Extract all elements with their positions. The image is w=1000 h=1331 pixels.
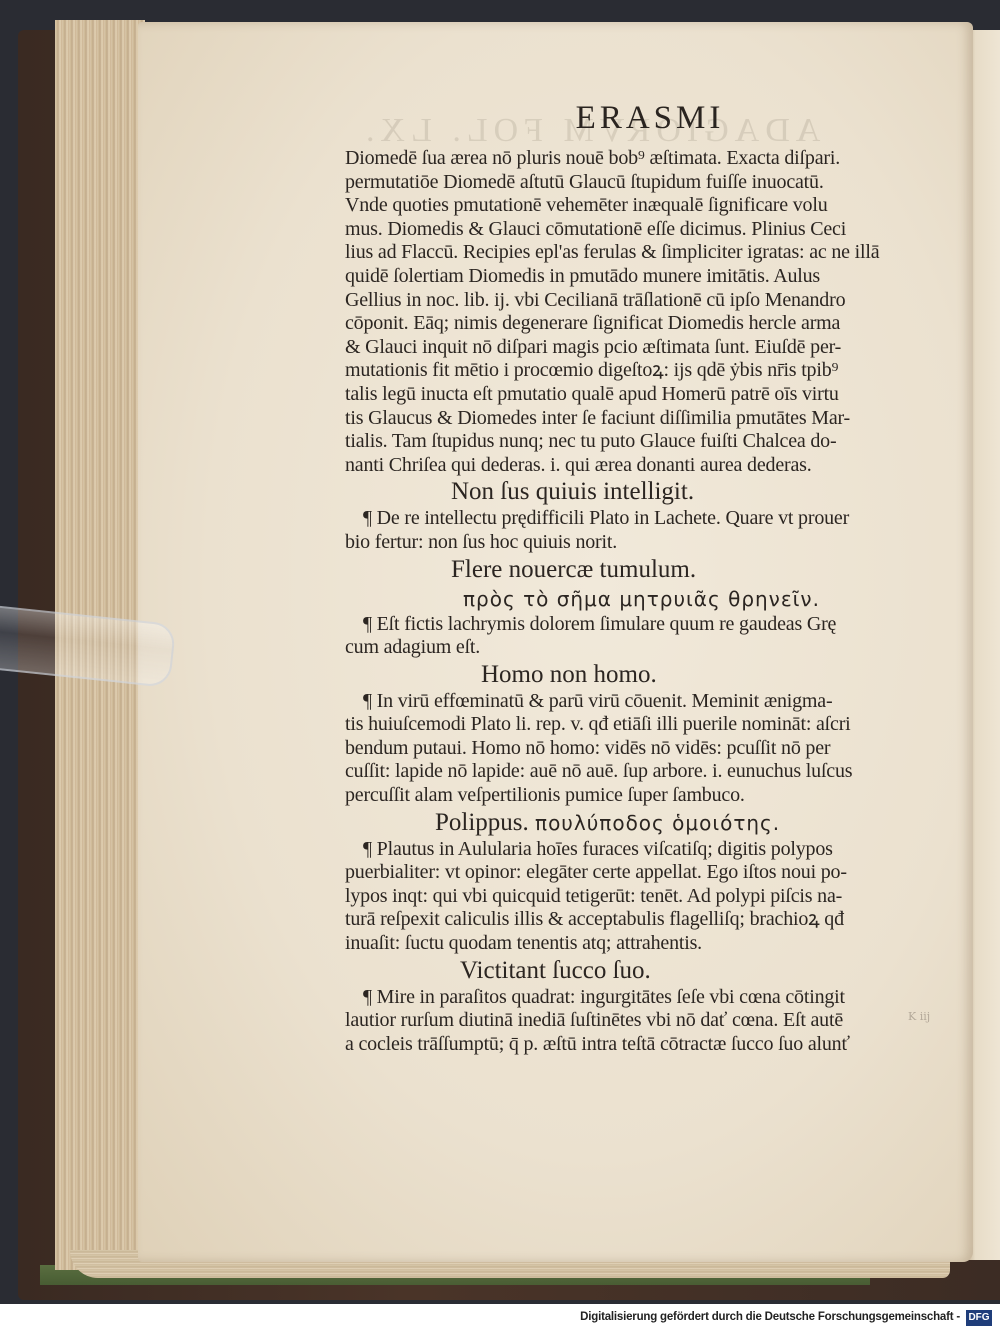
adage-heading: Polippus. πουλύποδος ὁμοιότης. (345, 808, 945, 838)
paragraph: ¶ De re intellectu prędifficili Plato in… (345, 507, 945, 554)
adage-heading-latin: Polippus. (435, 809, 529, 836)
text-line: puerbialiter: vt opinor: elegāter certe … (345, 861, 945, 885)
text-line: cōponit. Eāq; nimis degenerare ſignifica… (345, 312, 945, 336)
page-text: ERASMI Diomedē ſua ærea nō pluris nouē b… (345, 100, 945, 1056)
paragraph: ¶ Mire in paraſitos quadrat: ingurgitāte… (345, 986, 945, 1057)
text-line: ¶ De re intellectu prędifficili Plato in… (345, 507, 945, 531)
paragraph: ¶ Eſt fictis lachrymis dolorem ſimulare … (345, 613, 945, 660)
adage-heading-greek: πουλύποδος ὁμοιότης. (535, 811, 780, 835)
signature-mark: K iij (908, 1010, 930, 1023)
text-line: Vnde quoties pmutationē vehemēter inæqua… (345, 194, 945, 218)
text-line: tis huiuſcemodi Plato li. rep. v. qđ eti… (345, 713, 945, 737)
text-line: bendum putaui. Homo nō homo: vidēs nō vi… (345, 737, 945, 761)
text-line: ¶ Eſt fictis lachrymis dolorem ſimulare … (345, 613, 945, 637)
text-line: lypos inqt: qui vbi quicquid tetigerūt: … (345, 885, 945, 909)
text-line: nanti Chriſea qui dederas. i. qui ærea d… (345, 454, 945, 478)
text-line: bio fertur: non ſus hoc quiuis norit. (345, 531, 945, 555)
paragraph: ¶ Plautus in Aulularia hoīes furaces viſ… (345, 838, 945, 956)
text-line: ¶ Mire in paraſitos quadrat: ingurgitāte… (345, 986, 945, 1010)
paragraph: ¶ In virū effœminatū & parū virū cōuenit… (345, 690, 945, 808)
text-line: tialis. Tam ſtupidus nunq; nec tu puto G… (345, 430, 945, 454)
text-line: tis Glaucus & Diomedes inter ſe faciunt … (345, 407, 945, 431)
text-line: a cocleis trāſſumptū; q̄ p. æſtū intra t… (345, 1033, 945, 1057)
running-head: ERASMI (355, 100, 945, 137)
text-line: Gellius in noc. lib. ij. vbi Cecilianā t… (345, 289, 945, 313)
text-line: quidē ſolertiam Diomedis in pmutādo mune… (345, 265, 945, 289)
greek-adage: πρὸς τὸ σῆμα μητρυιᾶς θρηνεῖν. (345, 585, 945, 613)
text-line: mus. Diomedis & Glauci cōmutationē eſſe … (345, 218, 945, 242)
funding-credit: Digitalisierung gefördert durch die Deut… (580, 1311, 960, 1323)
text-line: mutationis fit mētio i procœmio digeſtoꝝ… (345, 359, 945, 383)
text-line: lius ad Flaccū. Recipies epl'as ferulas … (345, 241, 945, 265)
text-line: ¶ Plautus in Aulularia hoīes furaces viſ… (345, 838, 945, 862)
adage-heading: Flere nouercæ tumulum. (345, 555, 945, 585)
text-line: cuſſit: lapide nō lapide: auē nō auē. ſu… (345, 760, 945, 784)
text-line: percuſſit alam veſpertilionis pumice ſup… (345, 784, 945, 808)
text-line: Diomedē ſua ærea nō pluris nouē bob⁹ æſt… (345, 147, 945, 171)
text-line: permutatiōe Diomedē aſtutū Glaucū ſtupid… (345, 171, 945, 195)
text-line: & Glauci inquit nō diſpari magis pcio æſ… (345, 336, 945, 360)
adage-heading: Non ſus quiuis intelligit. (345, 477, 945, 507)
text-line: cum adagium eſt. (345, 636, 945, 660)
text-line: turā reſpexit caliculis illis & acceptab… (345, 908, 945, 932)
text-line: ¶ In virū effœminatū & parū virū cōuenit… (345, 690, 945, 714)
paragraph-diomedes: Diomedē ſua ærea nō pluris nouē bob⁹ æſt… (345, 147, 945, 477)
text-line: inuaſit: ſuctu quodam tenentis atq; attr… (345, 932, 945, 956)
book-scan: ADAGIORVM FOL. LX. ERASMI Diomedē ſua ær… (0, 0, 1000, 1304)
dfg-logo-icon: DFG (966, 1310, 992, 1326)
adage-heading: Victitant ſucco ſuo. (345, 956, 945, 986)
text-line: talis legū inucta eſt pmutatio qualē apu… (345, 383, 945, 407)
footer-bar: Digitalisierung gefördert durch die Deut… (0, 1304, 1000, 1331)
text-line: lautior rurſum diutinā inediā ſuſtinētes… (345, 1009, 945, 1033)
adage-heading: Homo non homo. (345, 660, 945, 690)
